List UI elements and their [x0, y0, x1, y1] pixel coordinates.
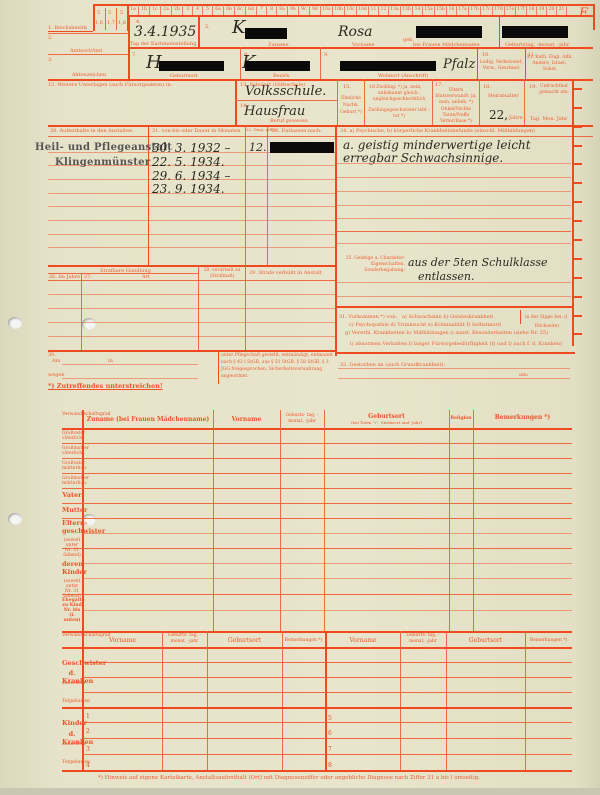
field-24-label: 24. a) Psychische, b) körperliche Krankh… [340, 128, 535, 134]
field-18-value: 22, [489, 108, 508, 122]
strip-5b: 5 [108, 10, 111, 16]
field-23-label: 23. Entlassen nach: [272, 128, 322, 134]
field-30-legal-note: unter Pflegschaft gestellt, entmündigt, … [221, 352, 333, 380]
redaction-maiden-name [416, 26, 482, 38]
child-row-2: 2 [86, 728, 90, 735]
field-28-label: 28. verurteilt zu (Strafmaß) [200, 268, 244, 280]
field-24-value-line1: a. geistig minderwertige leicht [343, 138, 531, 152]
field-4-value: 3.4.1935 [134, 24, 196, 40]
redaction-residence [340, 61, 436, 71]
field-5-label: Zuname [268, 42, 289, 48]
stay-date-4: 23. 9. 1934. [152, 182, 225, 196]
family-col-birthplace: Geburtsort [324, 413, 449, 420]
redaction-birthplace [159, 61, 224, 71]
child-row-8: 8 [328, 762, 332, 769]
field-7-num: 7. [132, 52, 137, 58]
field-3-num: 3. [48, 57, 53, 63]
scan-bottom-edge [0, 788, 600, 795]
field-14-label: Beruf gewesen [270, 118, 308, 124]
field-6-value: Rosa [338, 24, 373, 40]
field-15-num: 15. [343, 84, 351, 90]
row-mother: Mutter [62, 506, 82, 514]
field-5-value: K [232, 17, 245, 38]
field-6-label: Vorname [352, 42, 374, 48]
sib-col-relation: Verwandtschaftsgrad [62, 633, 82, 638]
field-16-label: Zwilling: *) ja, nein, unbekannt gleich-… [366, 85, 432, 103]
field-31-items-2: c) Psychopathie d) Trunksucht e) Krimina… [349, 322, 501, 328]
stay-date-2: 22. 5. 1934. [152, 155, 225, 169]
strip-sub-3: 1,8 [118, 20, 126, 26]
family-col-birthdate: Geburts- tag, -monat, -jahr [280, 413, 324, 425]
field-30-footnote: *) Zutreffendes unterstreichen! [48, 382, 163, 390]
row-grandmother-paternal: Großmutter väterlich. [62, 446, 82, 456]
field-10-num: 10. [482, 52, 490, 58]
strip-sub-2: 1,7 [107, 20, 115, 26]
field-31-items-3: g) Vererbl. Krankheiten h) Mißbildungen … [345, 330, 548, 336]
field-27-label: 27. [84, 274, 92, 280]
field-8-label: Bezirk [273, 73, 289, 79]
top-number-strip: 1a 1b 1c 2a 2b 3 4 5 6a 6b 6c 6d 7 8 9a … [128, 5, 593, 15]
field-3-label: Aktenzeichen [72, 72, 106, 78]
child-row-6: 6 [328, 730, 332, 737]
family-col-relation: Verwandtschaftsgrad [62, 412, 82, 417]
field-9-value: Pfalz [443, 57, 475, 72]
field-4-label: Tag der Karteneinstellung [130, 41, 196, 47]
field-29-label: 29. Strafe verbüßt in Anstalt [249, 270, 322, 276]
row-grandmother-maternal: Großmutter mütterlich. [62, 476, 82, 486]
field-15-label: Eheliche Nachk. Geburt *) [338, 95, 364, 116]
field-21-label: 21. von-bis oder Dauer in Monaten [152, 128, 240, 134]
family-col-birthplace-sub: (bei Toten "†", Sterbeort und -Jahr) [324, 420, 449, 425]
field-25-label: 25. Geistige u. Charakter-Eigenschaften,… [337, 256, 405, 274]
child-row-1: 1 [86, 713, 90, 720]
field-26-label: 26. im Jahre [49, 274, 80, 280]
family-col-surname: Zuname (bei Frauen Mädchenname) [83, 416, 213, 423]
sib-col-birthplace-left: Geburtsort [207, 637, 282, 644]
field-31-items-4: l) abnormen Verhalten l) langer Fürsorge… [350, 341, 562, 347]
field-31-label: 31. Vorkommen *) von: a) Schwachsinn b) … [339, 314, 493, 320]
diagnosis-code: 12. [249, 141, 267, 154]
field-9-num: 9. [324, 52, 329, 58]
redaction-birthdate [502, 26, 568, 38]
child-row-3: 3 [86, 746, 90, 753]
sib-col-remarks-right: Bemerkungen *) [525, 638, 572, 643]
form-type-letter: E [579, 6, 589, 21]
field-7-label: Geburtsort [170, 73, 198, 79]
punch-hole-top-inner [82, 318, 96, 330]
field-19b-label: Tag. Mon. Jahr [530, 116, 567, 122]
field-16b-label: Zwillingsgeschwister lebt - tot *) [366, 108, 432, 120]
field-18-num: 18. [483, 84, 491, 90]
family-col-remarks: Bemerkungen *) [473, 414, 572, 421]
child-row-4: 4 [86, 762, 90, 769]
sib-col-birthdate-left: Geburts- tag, -monat, -jahr [162, 633, 207, 645]
row-grandfather-maternal: Großvater mütterlich. [62, 461, 82, 471]
punch-hole-bottom [8, 513, 22, 525]
sib-col-birthdate-right: Geburts- tag, -monat, -jahr [400, 633, 446, 645]
child-label-stillbirths: Totgeburten [62, 760, 82, 765]
child-row-7: 7 [328, 746, 332, 753]
field-10-label: Ledig, Verheiratet, Verw., Geschied. [479, 60, 524, 72]
child-label-also: außerdem [62, 742, 82, 747]
stay-date-3: 29. 6. 1934 – [152, 169, 231, 183]
field-13-value: Volksschule. [245, 84, 326, 99]
footer-note: *) Hinweis auf eigene Karteikarte, Ansta… [98, 775, 480, 781]
sib-label-siblings: Geschwister [62, 659, 82, 667]
sib-col-firstname-left: Vorname [83, 637, 162, 644]
field-6c-label: Geburtstag, -monat, -jahr [505, 42, 569, 48]
row-spouse: Ehegatte zu Kind Nr. bis (l. unten) [62, 598, 82, 623]
field-14-value: Hausfrau [244, 104, 305, 119]
child-row-5: 5 [328, 715, 332, 722]
sib-label-stillbirths: Totgeburten [62, 699, 82, 704]
field-2-label: Amtsort/Amt [70, 48, 102, 54]
field-11-label: Ev. Kath. Engl. Altk. Andere, Israel., S… [527, 55, 573, 73]
row-parents-siblings-note: (soweit unter Nr. 31 fallend) [62, 538, 82, 558]
redaction-surname [245, 28, 287, 39]
stay-date-1: 30. 3. 1932 – [152, 141, 231, 155]
sib-col-birthplace-right: Geburtsort [446, 637, 525, 644]
row-parents-siblings: Eltern-geschwister [62, 519, 82, 535]
institution-stamp-line2: Klingenmünster [55, 157, 150, 168]
row-grandfather-paternal: Großvater väterlich. [62, 431, 82, 441]
strip-sub-1: 1,6 [95, 20, 103, 26]
row-their-children: deren Kinder [62, 560, 82, 576]
field-1-label: 1. Reichsbezirk [48, 25, 87, 31]
field-19-label: Unfruchtbar gemacht am: [535, 84, 573, 96]
sib-col-firstname-right: Vorname [326, 637, 400, 644]
redaction-district [245, 61, 310, 71]
field-2-num: 2. [48, 35, 53, 41]
punch-hole-top [8, 317, 22, 329]
field-25-value-line1: aus der 5ten Schulklasse [408, 256, 548, 269]
field-9-label: Wohnort (Anschrift) [378, 73, 428, 79]
field-27-sub: Art [142, 274, 150, 280]
sib-label-also: außerdem [62, 681, 82, 686]
field-18-label: Heiratsalter [488, 93, 519, 99]
field-6b-label: bei Frauen Mädchenname [413, 42, 480, 48]
row-father: Vater [62, 491, 82, 499]
child-label-children: Kinder [62, 719, 82, 727]
field-30-am: Am [52, 358, 60, 364]
sib-col-remarks-left: Bemerkungen *) [282, 638, 325, 643]
field-18-unit: Jahre [509, 115, 523, 121]
field-5-num: 5. [205, 24, 210, 30]
field-17b-label: Onkel/Nichte Tante/Neffe Vetter/Base *) [433, 107, 479, 125]
strip-5a: 5 [97, 10, 100, 16]
field-12-label: 12. Weitere Unterlagen (auch Fürsorgeakt… [48, 82, 172, 88]
family-col-religion: Religion [449, 416, 473, 421]
row-their-children-note: (soweit unter Nr. 31 fallend) [62, 579, 82, 599]
strip-5c: 5 [120, 10, 123, 16]
field-31-side-note: in der Sippe bei: (l. Rückseite) [522, 313, 572, 331]
field-20-label: 20. Aufenthalte in den Anstalten [50, 128, 132, 134]
redaction-discharged-to [270, 142, 334, 153]
field-17-label: Eltern blutsverwandt: ja, nein, unbek. *… [433, 88, 479, 106]
family-col-firstname: Vorname [213, 416, 280, 423]
